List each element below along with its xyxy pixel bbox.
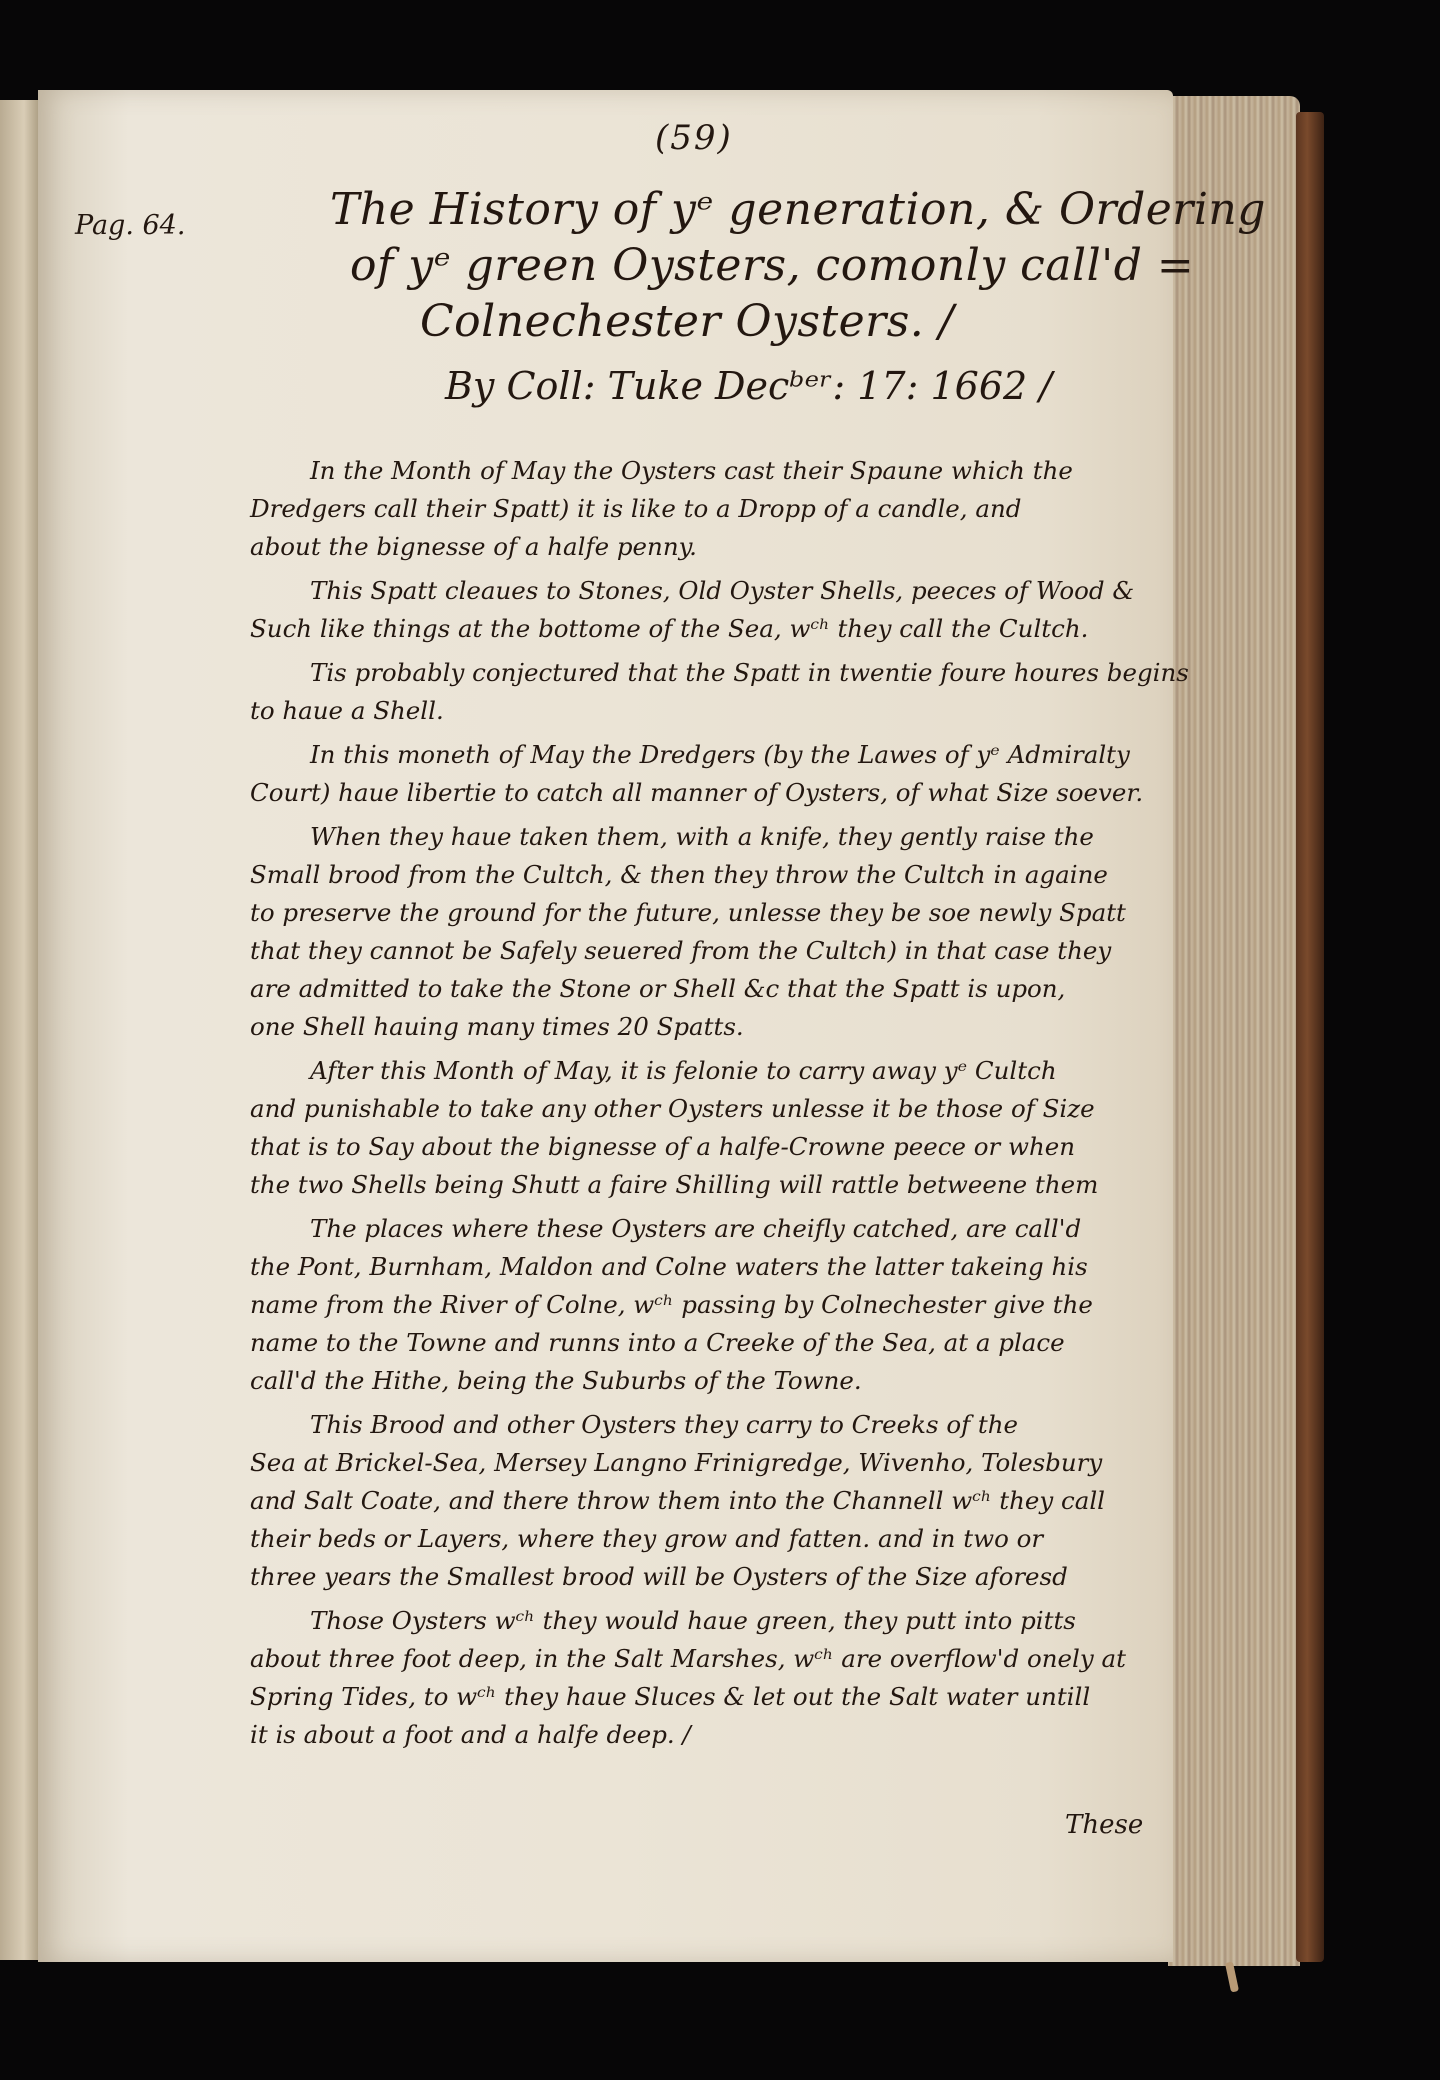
text-line: Such like things at the bottome of the S… [250,610,1170,648]
margin-page-reference: Pag. 64. [75,210,185,241]
text-line: name to the Towne and runns into a Creek… [250,1324,1170,1362]
page-title: The History of yᵉ generation, & Ordering… [330,182,1150,350]
text-line: When they haue taken them, with a knife,… [250,818,1170,856]
page-fore-edge [1168,96,1300,1966]
title-line: Colnechester Oysters. / [330,294,1150,350]
catchword: These [1065,1810,1143,1840]
title-line: of yᵉ green Oysters, comonly call'd = [330,238,1150,294]
manuscript-body: In the Month of May the Oysters cast the… [250,452,1170,1760]
text-line: Small brood from the Cultch, & then they… [250,856,1170,894]
text-line: In the Month of May the Oysters cast the… [250,452,1170,490]
text-line: to haue a Shell. [250,692,1170,730]
text-line: their beds or Layers, where they grow an… [250,1520,1170,1558]
paragraph: Tis probably conjectured that the Spatt … [250,654,1170,730]
text-line: Spring Tides, to wᶜʰ they haue Sluces & … [250,1678,1170,1716]
folio-number: (59) [655,118,733,158]
text-line: The places where these Oysters are cheif… [250,1210,1170,1248]
title-line: The History of yᵉ generation, & Ordering [330,182,1150,238]
text-line: three years the Smallest brood will be O… [250,1558,1170,1596]
text-line: about the bignesse of a halfe penny. [250,528,1170,566]
text-line: the Pont, Burnham, Maldon and Colne wate… [250,1248,1170,1286]
paragraph: This Brood and other Oysters they carry … [250,1406,1170,1596]
text-line: that they cannot be Safely seuered from … [250,932,1170,970]
text-line: about three foot deep, in the Salt Marsh… [250,1640,1170,1678]
text-line: the two Shells being Shutt a faire Shill… [250,1166,1170,1204]
text-line: Tis probably conjectured that the Spatt … [250,654,1170,692]
text-line: it is about a foot and a halfe deep. / [250,1716,1170,1754]
text-line: to preserve the ground for the future, u… [250,894,1170,932]
paragraph: After this Month of May, it is felonie t… [250,1052,1170,1204]
paragraph: The places where these Oysters are cheif… [250,1210,1170,1400]
paragraph: In this moneth of May the Dredgers (by t… [250,736,1170,812]
text-line: In this moneth of May the Dredgers (by t… [250,736,1170,774]
text-line: This Brood and other Oysters they carry … [250,1406,1170,1444]
leather-cover [1296,112,1324,1962]
paragraph: Those Oysters wᶜʰ they would haue green,… [250,1602,1170,1754]
left-page-edge [0,100,40,1960]
text-line: call'd the Hithe, being the Suburbs of t… [250,1362,1170,1400]
book-photograph: (59) Pag. 64. The History of yᵉ generati… [0,0,1440,2080]
text-line: After this Month of May, it is felonie t… [250,1052,1170,1090]
text-line: are admitted to take the Stone or Shell … [250,970,1170,1008]
paragraph: When they haue taken them, with a knife,… [250,818,1170,1046]
text-line: that is to Say about the bignesse of a h… [250,1128,1170,1166]
text-line: name from the River of Colne, wᶜʰ passin… [250,1286,1170,1324]
text-line: Sea at Brickel-Sea, Mersey Langno Frinig… [250,1444,1170,1482]
text-line: Dredgers call their Spatt) it is like to… [250,490,1170,528]
text-line: Those Oysters wᶜʰ they would haue green,… [250,1602,1170,1640]
author-byline: By Coll: Tuke Decᵇᵉʳ: 17: 1662 / [445,364,1052,408]
text-line: and punishable to take any other Oysters… [250,1090,1170,1128]
text-line: one Shell hauing many times 20 Spatts. [250,1008,1170,1046]
text-line: This Spatt cleaues to Stones, Old Oyster… [250,572,1170,610]
ribbon-bookmark [1225,1961,1239,1992]
text-line: Court) haue libertie to catch all manner… [250,774,1170,812]
text-line: and Salt Coate, and there throw them int… [250,1482,1170,1520]
paragraph: This Spatt cleaues to Stones, Old Oyster… [250,572,1170,648]
paragraph: In the Month of May the Oysters cast the… [250,452,1170,566]
